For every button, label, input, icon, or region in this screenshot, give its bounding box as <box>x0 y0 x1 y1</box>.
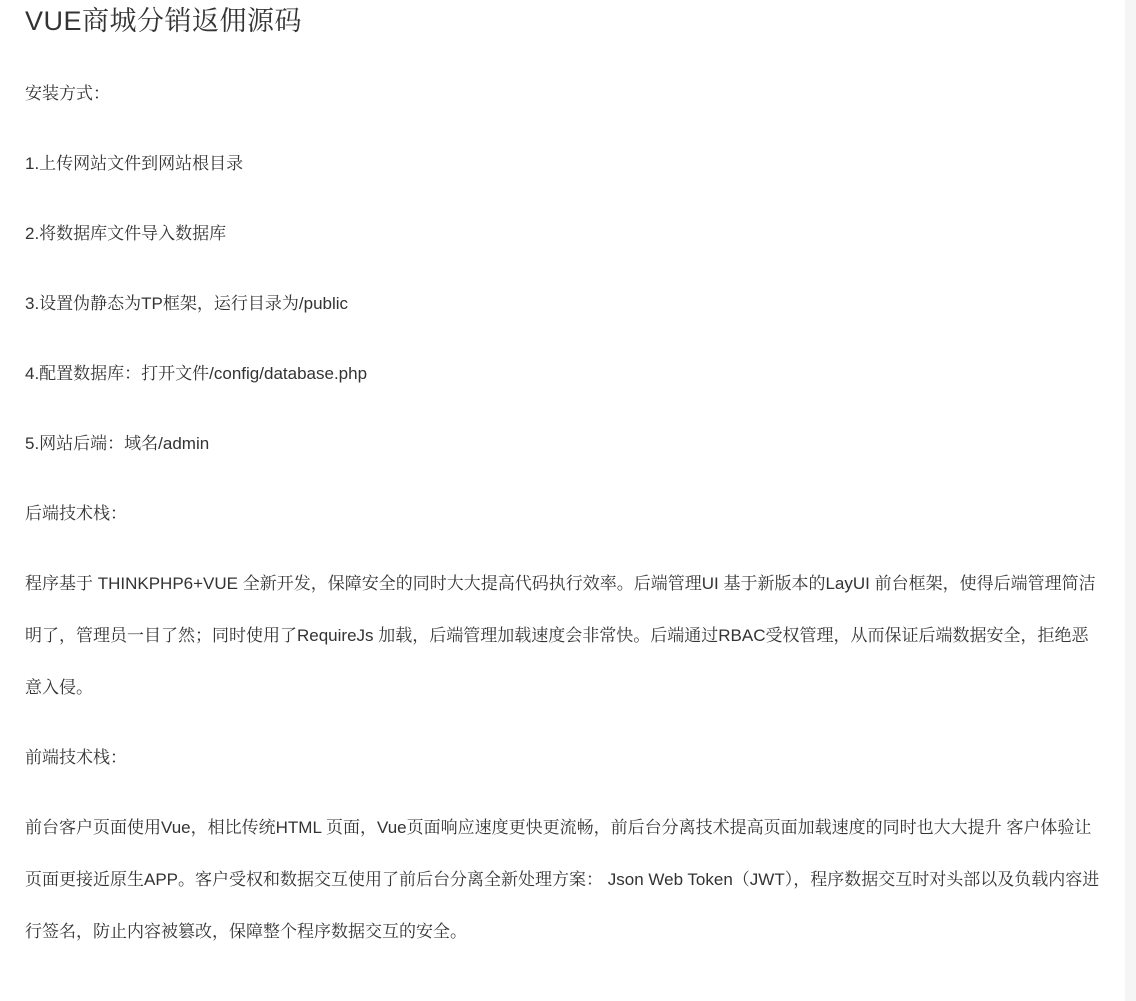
section-heading-backend: 后端技术栈： <box>25 488 1105 540</box>
install-step: 5.网站后端：域名/admin <box>25 418 1105 470</box>
install-step: 2.将数据库文件导入数据库 <box>25 208 1105 260</box>
article-content: VUE商城分销返佣源码 安装方式： 1.上传网站文件到网站根目录 2.将数据库文… <box>0 0 1105 958</box>
install-step: 3.设置伪静态为TP框架，运行目录为/public <box>25 278 1105 330</box>
frontend-paragraph: 前台客户页面使用Vue，相比传统HTML 页面，Vue页面响应速度更快更流畅，前… <box>25 802 1105 958</box>
install-step: 4.配置数据库：打开文件/config/database.php <box>25 348 1105 400</box>
section-heading-frontend: 前端技术栈： <box>25 732 1105 784</box>
section-heading-install: 安装方式： <box>25 68 1105 120</box>
page-title: VUE商城分销返佣源码 <box>25 4 1105 38</box>
install-step: 1.上传网站文件到网站根目录 <box>25 138 1105 190</box>
backend-paragraph: 程序基于 THINKPHP6+VUE 全新开发，保障安全的同时大大提高代码执行效… <box>25 558 1105 714</box>
scrollbar-track[interactable] <box>1125 0 1136 1001</box>
